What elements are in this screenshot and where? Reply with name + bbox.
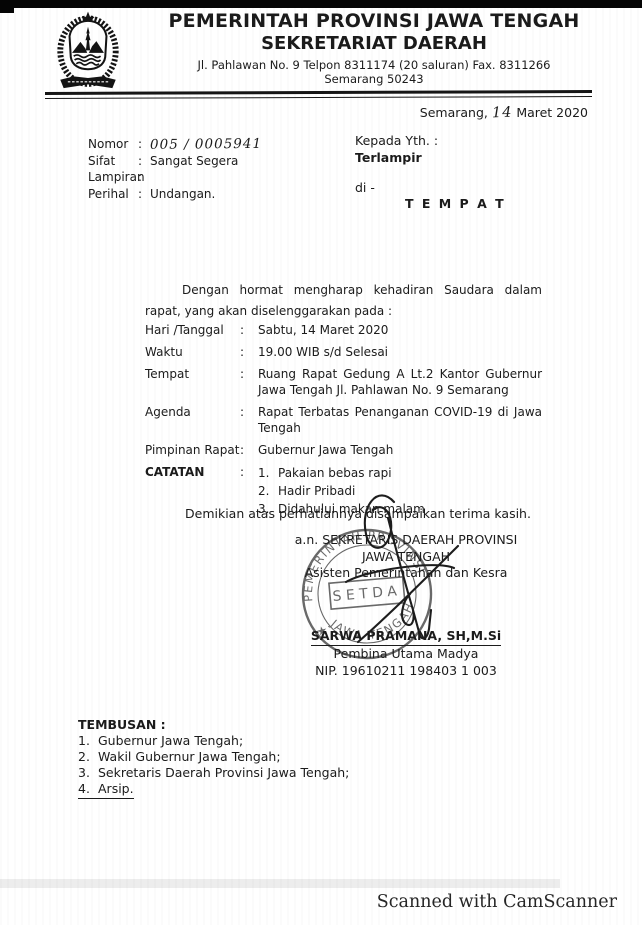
org-city-postal: Semarang 50243 [155, 72, 593, 86]
meta-colon: : [138, 154, 150, 169]
meta-value: Undangan. [150, 187, 348, 202]
letter-meta: Nomor : 005 / 0005941 Sifat : Sangat Seg… [88, 137, 348, 203]
opening-paragraph: Dengan hormat mengharap kehadiran Saudar… [145, 280, 542, 322]
detail-colon: : [240, 366, 258, 398]
detail-colon: : [240, 442, 258, 458]
jawa-tengah-emblem-icon [45, 10, 131, 94]
camscanner-watermark: Scanned with CamScanner [377, 892, 617, 912]
recipient-block: Kepada Yth. : Terlampir di - T E M P A T [355, 133, 506, 212]
meta-row-sifat: Sifat : Sangat Segera [88, 154, 348, 169]
detail-colon: : [240, 322, 258, 338]
detail-value: 19.00 WIB s/d Selesai [258, 344, 542, 360]
letterhead-divider [45, 90, 592, 99]
letterhead-text: PEMERINTAH PROVINSI JAWA TENGAH SEKRETAR… [131, 10, 593, 86]
recipient-di: di - [355, 180, 506, 196]
recipient-kepada: Kepada Yth. : [355, 133, 506, 149]
org-name-line2: SEKRETARIAT DAERAH [155, 33, 593, 55]
letterhead: PEMERINTAH PROVINSI JAWA TENGAH SEKRETAR… [45, 10, 593, 94]
dateline-month-year: Maret 2020 [516, 105, 588, 120]
meta-row-nomor: Nomor : 005 / 0005941 [88, 137, 348, 152]
tembusan-title: TEMBUSAN : [78, 716, 349, 733]
detail-label: Pimpinan Rapat [145, 442, 240, 458]
catatan-item-number: 2. [258, 482, 278, 500]
tembusan-item-number: 1. [78, 733, 98, 749]
catatan-item-number: 1. [258, 464, 278, 482]
dateline: Semarang, 14 Maret 2020 [420, 105, 588, 121]
dateline-city: Semarang, [420, 105, 488, 120]
detail-value: Ruang Rapat Gedung A Lt.2 Kantor Gubernu… [258, 366, 542, 398]
meta-colon: : [138, 187, 150, 202]
handwritten-signature [316, 490, 476, 665]
meta-value [150, 170, 348, 185]
meta-label: Sifat [88, 154, 138, 169]
tembusan-item: 2. Wakil Gubernur Jawa Tengah; [78, 749, 281, 765]
meta-label: Lampiran [88, 170, 138, 185]
tembusan-item: 3. Sekretaris Daerah Provinsi Jawa Tenga… [78, 765, 349, 781]
scanned-letter-page: PEMERINTAH PROVINSI JAWA TENGAH SEKRETAR… [0, 0, 642, 925]
detail-value: Rapat Terbatas Penanganan COVID-19 di Ja… [258, 404, 542, 436]
tembusan-item-text: Gubernur Jawa Tengah; [98, 733, 243, 749]
meta-label: Perihal [88, 187, 138, 202]
detail-colon: : [240, 404, 258, 436]
meta-row-perihal: Perihal : Undangan. [88, 187, 348, 202]
tembusan-item-text: Sekretaris Daerah Provinsi Jawa Tengah; [98, 765, 349, 781]
tembusan-block: TEMBUSAN : 1. Gubernur Jawa Tengah; 2. W… [78, 716, 349, 799]
tembusan-item-text: Wakil Gubernur Jawa Tengah; [98, 749, 281, 765]
org-name-line1: PEMERINTAH PROVINSI JAWA TENGAH [155, 10, 593, 33]
detail-row-tempat: Tempat : Ruang Rapat Gedung A Lt.2 Kanto… [145, 366, 542, 398]
recipient-place: T E M P A T [405, 196, 506, 212]
detail-label: Agenda [145, 404, 240, 436]
detail-value: Sabtu, 14 Maret 2020 [258, 322, 542, 338]
detail-label: Tempat [145, 366, 240, 398]
dateline-handwritten-day: 14 [492, 105, 513, 122]
tembusan-item-number: 2. [78, 749, 98, 765]
tembusan-item-arsip: 4. Arsip. [78, 781, 134, 799]
detail-colon: : [240, 344, 258, 360]
meta-label: Nomor [88, 137, 138, 152]
tembusan-item-number: 4. [78, 781, 98, 797]
detail-row-hari: Hari /Tanggal : Sabtu, 14 Maret 2020 [145, 322, 542, 338]
meta-colon: : [138, 137, 150, 152]
detail-row-pimpinan: Pimpinan Rapat : Gubernur Jawa Tengah [145, 442, 542, 458]
tembusan-item-text: Arsip. [98, 781, 134, 797]
meta-row-lampiran: Lampiran : [88, 170, 348, 185]
meta-colon: : [138, 170, 150, 185]
detail-row-agenda: Agenda : Rapat Terbatas Penanganan COVID… [145, 404, 542, 436]
catatan-item-text: Pakaian bebas rapi [278, 464, 392, 482]
detail-label: Hari /Tanggal [145, 322, 240, 338]
meta-value: Sangat Segera [150, 154, 348, 169]
tembusan-item-number: 3. [78, 765, 98, 781]
meta-value-handwritten: 005 / 0005941 [150, 136, 348, 153]
detail-row-waktu: Waktu : 19.00 WIB s/d Selesai [145, 344, 542, 360]
recipient-name: Terlampir [355, 150, 506, 166]
detail-value: Gubernur Jawa Tengah [258, 442, 542, 458]
org-address: Jl. Pahlawan No. 9 Telpon 8311174 (20 sa… [155, 58, 593, 72]
tembusan-list: 1. Gubernur Jawa Tengah; 2. Wakil Gubern… [78, 733, 349, 799]
scan-edge-bar [0, 0, 642, 8]
detail-label: Waktu [145, 344, 240, 360]
scan-edge-corner [0, 0, 14, 13]
tembusan-item: 1. Gubernur Jawa Tengah; [78, 733, 243, 749]
catatan-item: 1. Pakaian bebas rapi [258, 464, 542, 482]
scan-shadow [0, 879, 560, 888]
